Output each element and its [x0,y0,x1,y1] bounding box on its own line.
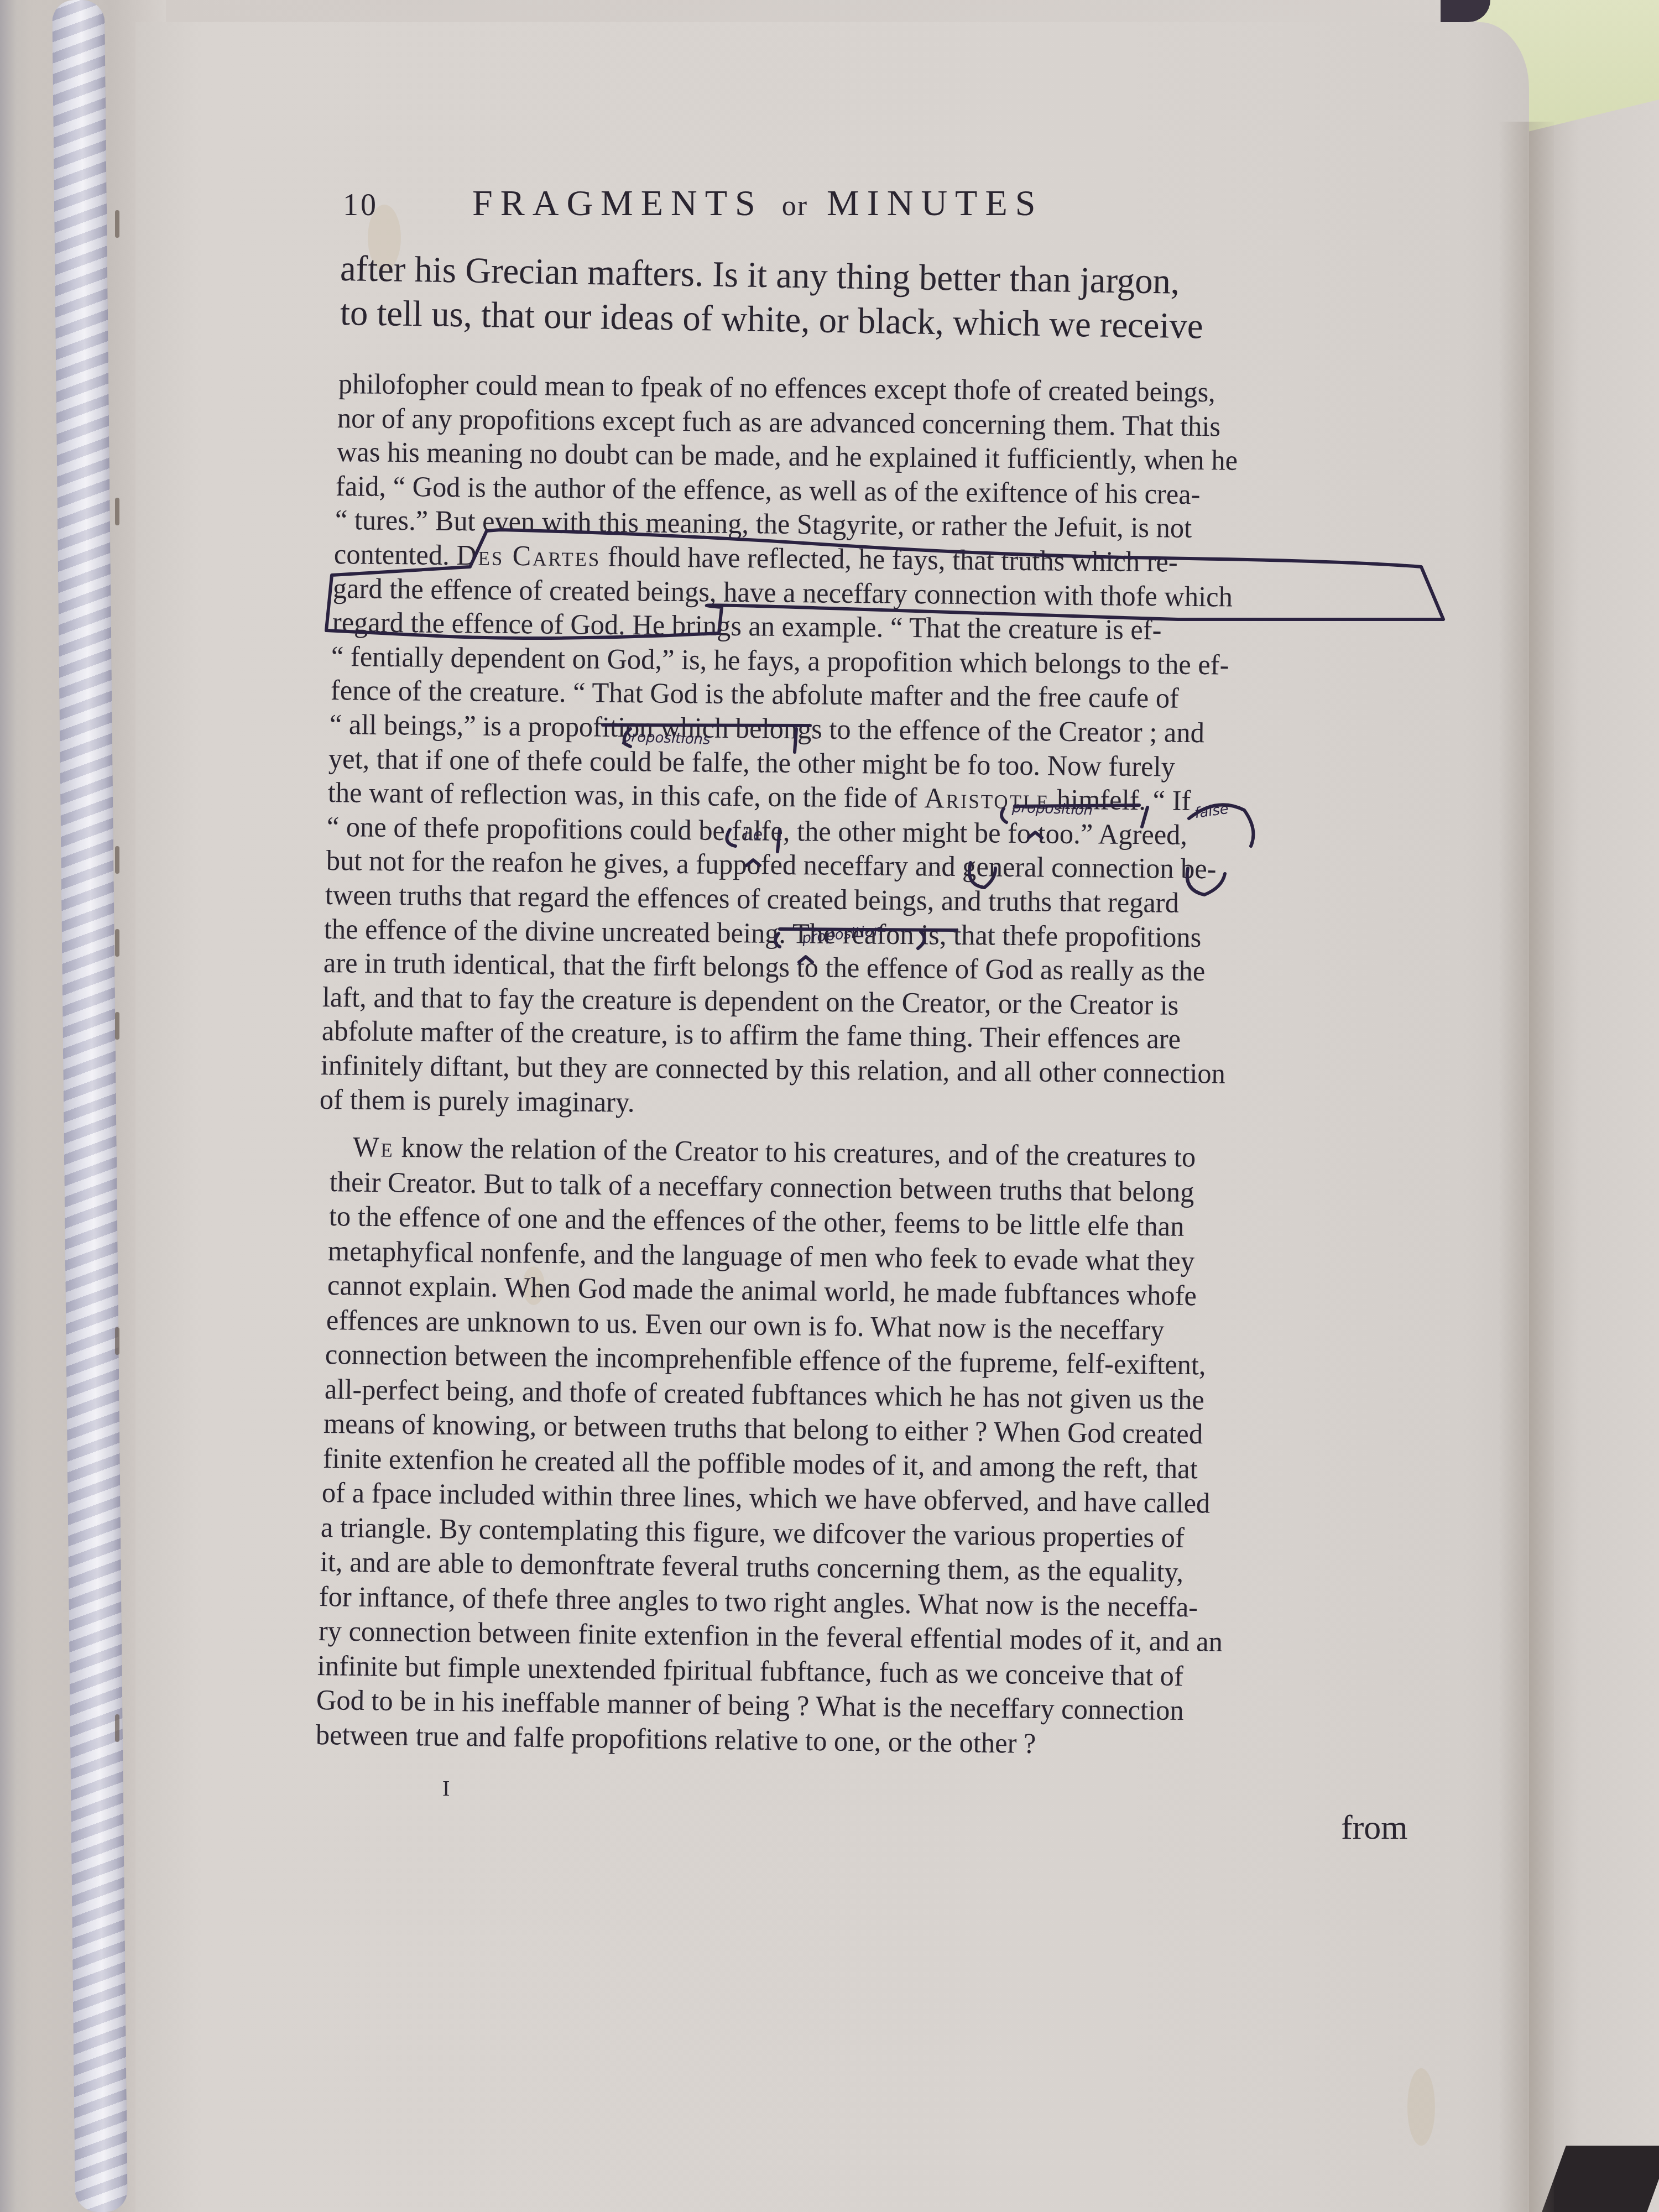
small-caps-name: Des Cartes [456,540,601,573]
text-run: contented. [334,539,457,571]
page-number: 10 [343,187,378,223]
paragraph-1-line: contented. Des Cartes fhould have reflec… [334,538,1178,579]
photo-scene: 10 FRAGMENTS or MINUTES after his Grecia… [0,0,1659,2212]
paragraph-1-line: tween truths that regard the effences of… [325,879,1179,920]
catchword: from [1341,1808,1408,1848]
handwritten-note-propositions: propositions [622,728,711,748]
signature-mark: I [442,1775,450,1801]
paragraph-1-line: “ all beings,” is a propofition which be… [330,708,1204,749]
paragraph-1-line: abfolute mafter of the creature, is to a… [321,1015,1181,1056]
running-head-middle: or [782,190,808,222]
paragraph-1-line: “ tures.” But even with this meaning, th… [335,504,1192,545]
running-head-right: MINUTES [827,182,1043,225]
running-head-left: FRAGMENTS [472,182,763,225]
paragraph-1-line: of them is purely imaginary. [320,1083,635,1119]
handwritten-note-false: false [1193,801,1229,822]
paragraph-1-line: regard the effence of God. He brings an … [332,606,1162,646]
paragraph-2-line: between true and falfe propofitions rela… [315,1719,1036,1760]
small-caps-name: We [353,1131,394,1164]
text-run: know the relation of the Creator to his … [394,1132,1196,1173]
paragraph-1-line: fence of the creature. “ That God is the… [330,674,1178,715]
handwritten-note-ie: i.e. [744,826,768,844]
text-run: fhould have reflected, he fays, that tru… [601,541,1178,578]
page-text: 10 FRAGMENTS or MINUTES after his Grecia… [0,0,1659,2212]
handwritten-note-proposition: proposition [1012,799,1093,818]
running-head: 10 FRAGMENTS or MINUTES [343,182,1255,225]
paragraph-1-line: philofopher could mean to fpeak of no ef… [338,368,1215,409]
text-run: the want of reflection was, in this cafe… [328,777,925,814]
